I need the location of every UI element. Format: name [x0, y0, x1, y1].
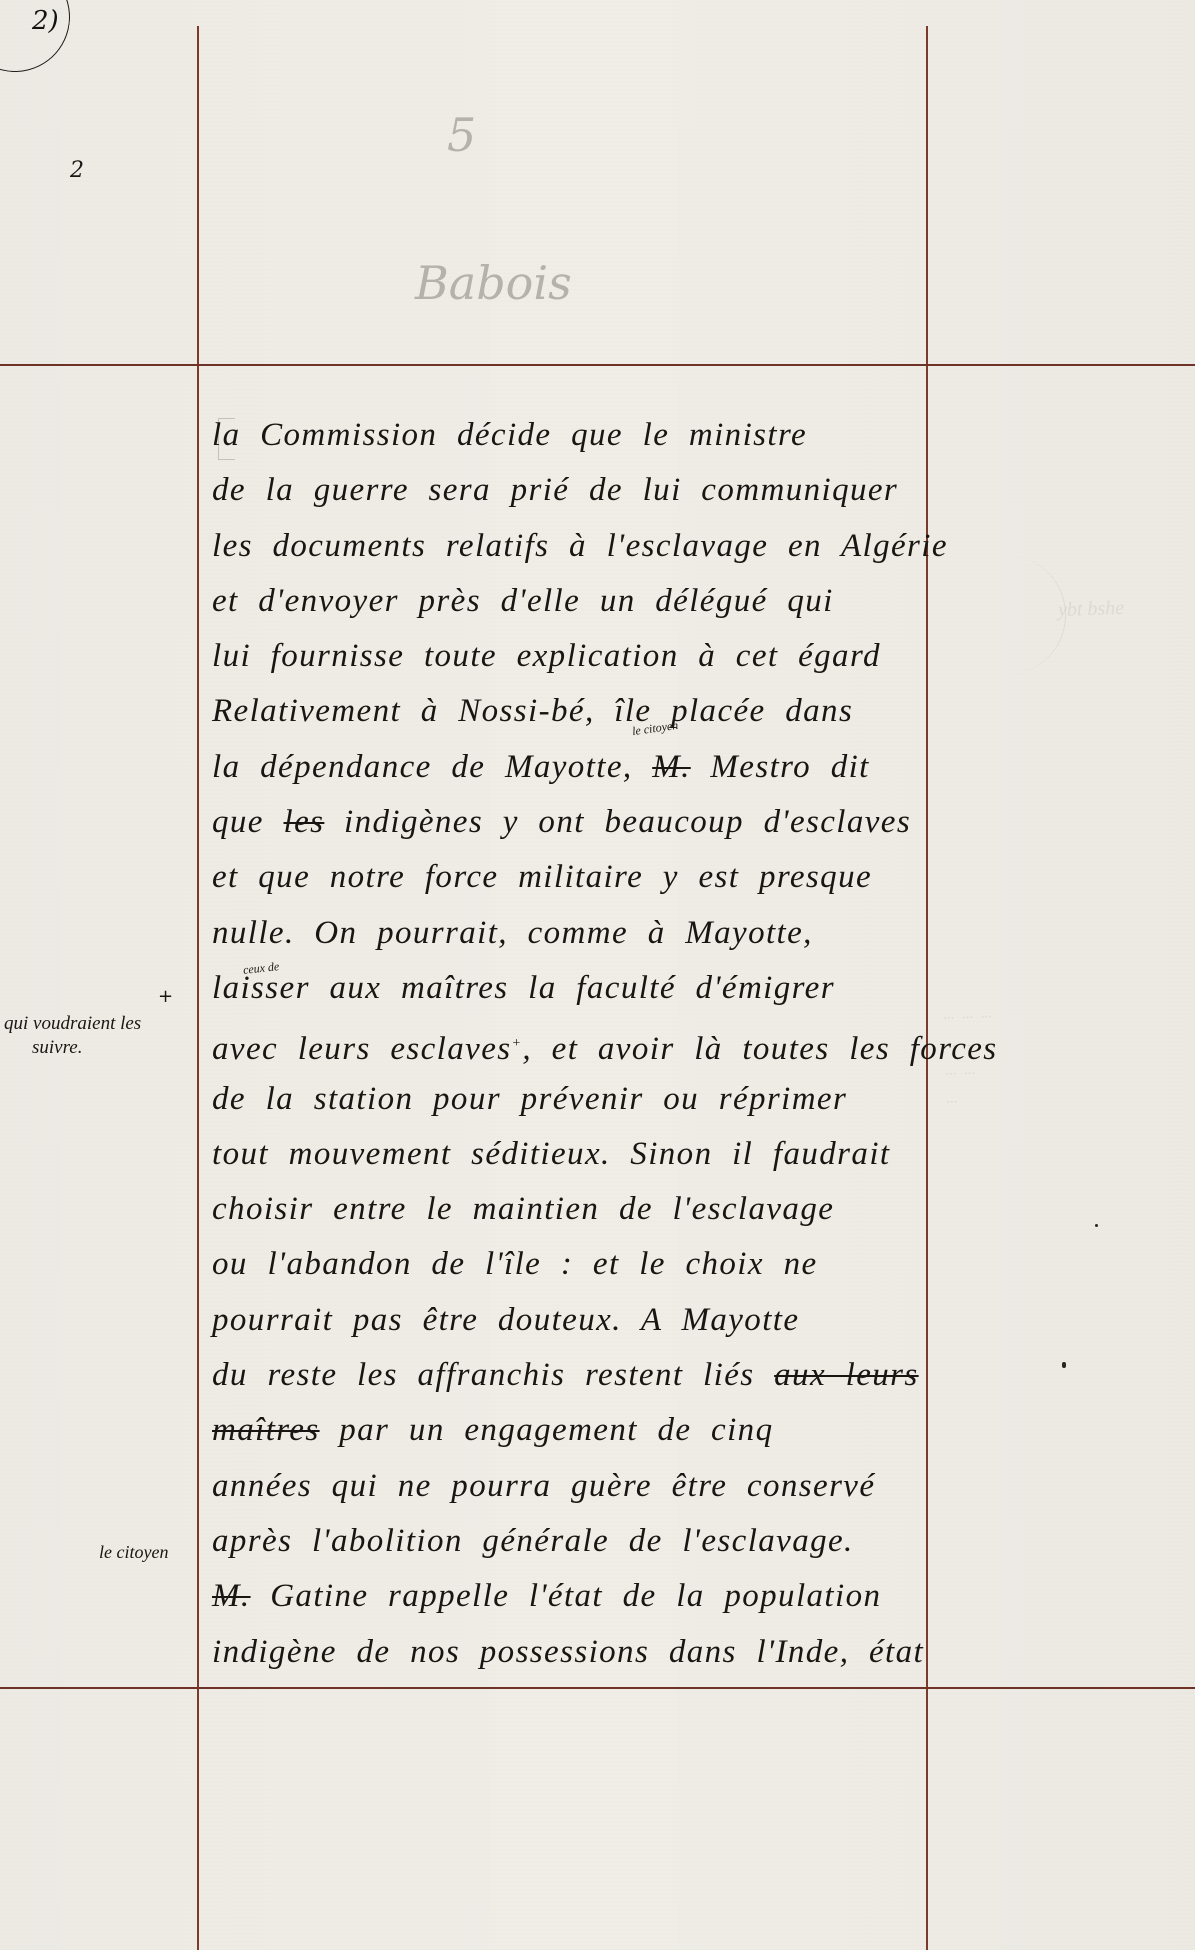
- text-line-22: M. Gatine rappelle l'état de la populati…: [212, 1569, 922, 1624]
- right-margin-rule: [926, 26, 928, 1950]
- text-line-18: du reste les affranchis restent liés aux…: [212, 1348, 922, 1403]
- text-line-10: nulle. On pourrait, comme à Mayotte,: [212, 906, 922, 961]
- text-line-16: ou l'abandon de l'île : et le choix ne: [212, 1237, 922, 1292]
- margin-number: 2: [70, 158, 84, 183]
- text-line-11: laisser aux maîtres la faculté d'émigrer: [212, 961, 922, 1016]
- pencil-name: Babois: [415, 256, 572, 310]
- insertion-cross-icon: +: [158, 986, 173, 1007]
- insertion-marker: +: [511, 1036, 522, 1051]
- text-line-13: de la station pour prévenir ou réprimer: [212, 1072, 922, 1127]
- text-line-22-after: Gatine rappelle l'état de la population: [251, 1578, 882, 1614]
- text-line-15: choisir entre le maintien de l'esclavage: [212, 1182, 922, 1237]
- text-line-7-before: la dépendance de Mayotte,: [212, 749, 652, 785]
- text-line-12-before: avec leurs esclaves: [212, 1031, 511, 1067]
- margin-note-citoyen: le citoyen: [99, 1540, 168, 1564]
- text-line-7: la dépendance de Mayotte, M. Mestro dit: [212, 740, 922, 795]
- manuscript-page: 2) 2 5 Babois la Commission décide que l…: [0, 0, 1195, 1950]
- text-line-19: maîtres par un engagement de cinq: [212, 1403, 922, 1458]
- text-line-8-after: indigènes y ont beaucoup d'esclaves: [324, 804, 911, 840]
- struck-text: M.: [212, 1578, 251, 1614]
- text-line-12-after: , et avoir là toutes les forces: [522, 1031, 997, 1067]
- struck-text: les: [284, 804, 325, 840]
- bleed-through-arc: [935, 555, 1066, 675]
- bottom-rule: [0, 1687, 1195, 1689]
- left-margin-rule: [197, 26, 199, 1950]
- text-line-6: Relativement à Nossi-bé, île placée dans: [212, 684, 922, 739]
- struck-text: maîtres: [212, 1412, 320, 1448]
- text-line-21: après l'abolition générale de l'esclavag…: [212, 1514, 922, 1569]
- margin-note-insertion: qui voudraient les suivre.: [4, 1012, 194, 1060]
- text-line-3: les documents relatifs à l'esclavage en …: [212, 519, 922, 574]
- pencil-page-number: 5: [447, 108, 476, 162]
- text-line-18-before: du reste les affranchis restent liés: [212, 1357, 774, 1393]
- text-line-9: et que notre force militaire y est presq…: [212, 850, 922, 905]
- ink-speck: [1095, 1224, 1098, 1227]
- top-rule: [0, 364, 1195, 366]
- text-line-2: de la guerre sera prié de lui communique…: [212, 463, 922, 518]
- margin-note-line-1: qui voudraient les: [4, 1012, 194, 1036]
- text-line-5: lui fournisse toute explication à cet ég…: [212, 629, 922, 684]
- text-line-8: que les indigènes y ont beaucoup d'escla…: [212, 795, 922, 850]
- manuscript-body: la Commission décide que le ministre de …: [212, 408, 922, 1680]
- struck-text: M.: [652, 749, 691, 785]
- text-line-4: et d'envoyer près d'elle un délégué qui: [212, 574, 922, 629]
- text-line-20: années qui ne pourra guère être conservé: [212, 1459, 922, 1514]
- bleed-through-text: ... ... ... ... ... ... ... ... ...: [943, 999, 996, 1113]
- text-line-1: la Commission décide que le ministre: [212, 408, 922, 463]
- struck-text: aux leurs: [774, 1357, 919, 1393]
- text-line-12: avec leurs esclaves+, et avoir là toutes…: [212, 1016, 922, 1071]
- text-line-23: indigène de nos possessions dans l'Inde,…: [212, 1625, 922, 1680]
- bleed-through-text: ybt bshe: [1058, 594, 1125, 624]
- ink-speck: [1062, 1362, 1066, 1368]
- folio-number: 2): [32, 6, 59, 36]
- text-line-17: pourrait pas être douteux. A Mayotte: [212, 1293, 922, 1348]
- text-line-19-after: par un engagement de cinq: [320, 1412, 774, 1448]
- margin-note-line-2: suivre.: [4, 1036, 194, 1060]
- text-line-14: tout mouvement séditieux. Sinon il faudr…: [212, 1127, 922, 1182]
- text-line-7-after: Mestro dit: [691, 749, 870, 785]
- text-line-8-before: que: [212, 804, 284, 840]
